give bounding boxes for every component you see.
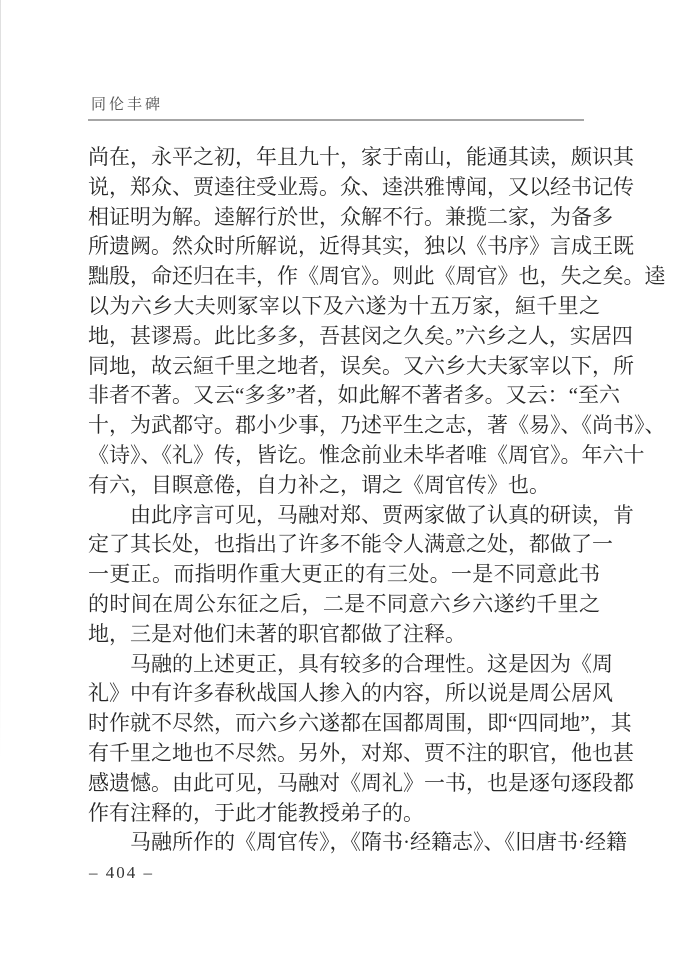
text-line: 由此序言可见，马融对郑、贾两家做了认真的研读，肯	[88, 501, 600, 531]
text-line: 有六，目瞑意倦，自力补之，谓之《周官传》也。	[88, 471, 600, 501]
text-line: 地，甚谬焉。此比多多，吾甚闵之久矣。”六乡之人，实居四	[88, 322, 600, 352]
book-page: 同伦丰碑 尚在，永平之初，年且九十，家于南山，能通其读，颇识其 说，郑众、贾逵往…	[0, 0, 692, 968]
text-line: 的时间在周公东征之后，二是不同意六乡六遂约千里之	[88, 590, 600, 620]
text-line: 尚在，永平之初，年且九十，家于南山，能通其读，颇识其	[88, 143, 600, 173]
header-rule	[88, 119, 584, 121]
text-line: 一更正。而指明作重大更正的有三处。一是不同意此书	[88, 560, 600, 590]
text-line: 非者不著。又云“多多”者，如此解不著者多。又云：“至六	[88, 381, 600, 411]
body-text-block: 尚在，永平之初，年且九十，家于南山，能通其读，颇识其 说，郑众、贾逵往受业焉。众…	[88, 143, 600, 858]
text-line: 所遗阙。然众时所解说，近得其实，独以《书序》言成王既	[88, 232, 600, 262]
text-line: 黜殷，命还归在丰，作《周官》。则此《周官》也，失之矣。逵	[88, 262, 600, 292]
text-line: 《诗》、《礼》传，皆讫。惟念前业未毕者唯《周官》。年六十	[88, 441, 600, 471]
text-line: 时作就不尽然，而六乡六遂都在国都周围，即“四同地”，其	[88, 709, 600, 739]
text-line: 有千里之地也不尽然。另外，对郑、贾不注的职官，他也甚	[88, 739, 600, 769]
page-number: – 404 –	[89, 862, 154, 884]
text-line: 十，为武都守。郡小少事，乃述平生之志，著《易》、《尚书》、	[88, 411, 600, 441]
text-line: 礼》中有许多春秋战国人掺入的内容，所以说是周公居风	[88, 679, 600, 709]
running-head-title: 同伦丰碑	[91, 95, 163, 113]
text-line: 感遗憾。由此可见，马融对《周礼》一书，也是逐句逐段都	[88, 769, 600, 799]
text-line: 作有注释的，于此才能教授弟子的。	[88, 799, 600, 829]
text-line: 同地，故云絙千里之地者，误矣。又六乡大夫冢宰以下，所	[88, 352, 600, 382]
text-line: 相证明为解。逵解行於世，众解不行。兼揽二家，为备多	[88, 203, 600, 233]
text-line: 说，郑众、贾逵往受业焉。众、逵洪雅博闻，又以经书记传	[88, 173, 600, 203]
text-line: 马融所作的《周官传》，《隋书·经籍志》、《旧唐书·经籍	[88, 828, 600, 858]
text-line: 地，三是对他们未著的职官都做了注释。	[88, 620, 600, 650]
text-line: 马融的上述更正，具有较多的合理性。这是因为《周	[88, 650, 600, 680]
text-line: 以为六乡大夫则冢宰以下及六遂为十五万家，絙千里之	[88, 292, 600, 322]
text-line: 定了其长处，也指出了许多不能令人满意之处，都做了一	[88, 530, 600, 560]
scan-edge-shadow	[0, 0, 1, 760]
